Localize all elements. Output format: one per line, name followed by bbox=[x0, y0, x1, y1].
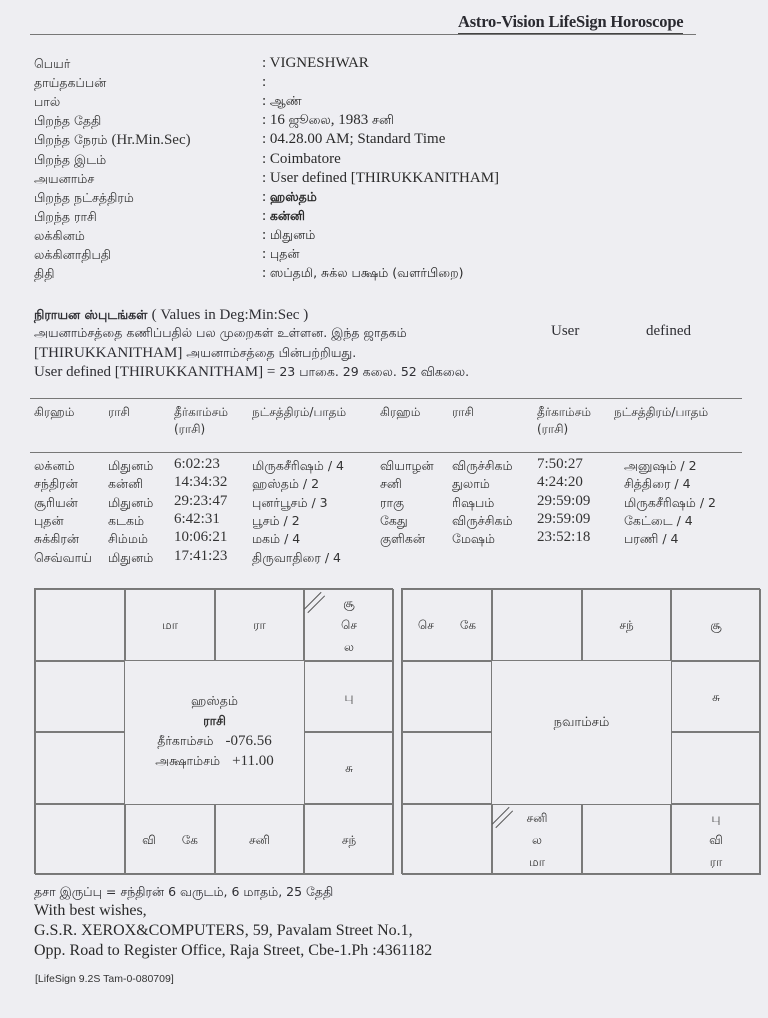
detail-value: : Coimbatore bbox=[262, 151, 341, 168]
table-header-rule bbox=[30, 452, 742, 453]
table-header-3: நட்சத்திரம்/பாதம் bbox=[252, 404, 346, 421]
detail-value: : 04.28.00 AM; Standard Time bbox=[262, 131, 445, 148]
planet-label: கே bbox=[182, 829, 198, 851]
table-cell-planet: வியாழன் bbox=[380, 458, 434, 475]
detail-row: அயனாம்ச: User defined [THIRUKKANITHAM] bbox=[34, 171, 634, 190]
longitude-line: தீர்காம்சம்-076.56 bbox=[157, 731, 272, 751]
detail-value-ta: சனி bbox=[372, 112, 394, 127]
detail-value-ta: ஹஸ்தம் bbox=[270, 189, 317, 204]
detail-row: லக்கினாதிபதி: புதன் bbox=[34, 247, 634, 266]
table-cell-rasi: கடகம் bbox=[108, 513, 144, 530]
house-rishabam: ரா bbox=[215, 589, 304, 661]
detail-value: : கன்னி bbox=[262, 208, 305, 225]
address-line2: Opp. Road to Register Office, Raja Stree… bbox=[34, 942, 432, 960]
planet-label: சு bbox=[345, 757, 353, 779]
table-cell-planet: சுக்கிரன் bbox=[34, 531, 79, 548]
planet-label: சூ bbox=[343, 592, 354, 614]
planet-label: சனி bbox=[249, 829, 270, 851]
planet-label: மா bbox=[162, 614, 178, 636]
table-cell-star: மகம் / 4 bbox=[252, 531, 300, 548]
table-cell-deg: 29:23:47 bbox=[174, 493, 227, 510]
house-viruchigam: விகே bbox=[125, 804, 215, 875]
detail-label: பிறந்த ராசி bbox=[34, 209, 97, 226]
house-mesham: மா bbox=[125, 589, 215, 661]
detail-row: பிறந்த ராசி: கன்னி bbox=[34, 209, 634, 228]
table-cell-planet: செவ்வாய் bbox=[34, 550, 92, 567]
detail-label: லக்கினம் bbox=[34, 228, 85, 245]
detail-label: பிறந்த நட்சத்திரம் bbox=[34, 190, 134, 207]
house-viruchigam: சனிலமா bbox=[492, 804, 582, 875]
nirayana-title-en: ( Values in Deg:Min:Sec ) bbox=[152, 307, 309, 323]
house-makaram bbox=[402, 732, 492, 804]
house-rishabam: சந் bbox=[582, 589, 671, 661]
table-cell-planet: சூரியன் bbox=[34, 495, 78, 512]
ayanamsa-note-defined: defined bbox=[646, 323, 691, 340]
detail-value: : புதன் bbox=[262, 246, 300, 263]
house-mithunam: சூசெல bbox=[304, 589, 394, 661]
house-meenam: செகே bbox=[402, 589, 492, 661]
planet-label: சந் bbox=[619, 614, 633, 636]
table-cell-deg: 29:59:09 bbox=[537, 511, 590, 528]
planet-label: மா bbox=[529, 851, 545, 873]
detail-label: பால் bbox=[34, 94, 60, 111]
planet-label: சூ bbox=[710, 614, 721, 636]
planet-label: செ bbox=[418, 614, 434, 636]
table-cell-star: கேட்டை / 4 bbox=[624, 513, 693, 530]
header-divider bbox=[30, 34, 696, 35]
planet-label: வி bbox=[709, 829, 723, 851]
planet-label: சனி bbox=[527, 807, 548, 829]
detail-value: : ஹஸ்தம் bbox=[262, 189, 317, 206]
table-cell-deg: 14:34:32 bbox=[174, 474, 227, 491]
table-header-0: கிரஹம் bbox=[380, 404, 420, 421]
lagna-marker-icon bbox=[304, 592, 325, 613]
longitude-label: தீர்காம்சம் bbox=[157, 733, 213, 748]
wishes-text: With best wishes, bbox=[34, 902, 147, 920]
detail-value: : மிதுனம் bbox=[262, 227, 315, 244]
table-header-2: தீர்காம்சம்(ராசி) bbox=[537, 404, 591, 438]
house-thulam: சனி bbox=[215, 804, 304, 875]
detail-label: பிறந்த தேதி bbox=[34, 113, 101, 130]
detail-row: பெயர்: VIGNESHWAR bbox=[34, 56, 634, 75]
detail-label: பிறந்த இடம் bbox=[34, 152, 106, 169]
table-cell-deg: 6:02:23 bbox=[174, 456, 220, 473]
table-cell-rasi: மேஷம் bbox=[452, 531, 495, 548]
table-cell-planet: கேது bbox=[380, 513, 408, 530]
detail-row: பால்: ஆண் bbox=[34, 94, 634, 113]
table-cell-star: ஹஸ்தம் / 2 bbox=[252, 476, 319, 493]
rasi-chart: மாராசூசெலபுசுவிகேசனிசந்ஹஸ்தம்ராசிதீர்காம… bbox=[34, 588, 393, 874]
detail-value: : VIGNESHWAR bbox=[262, 55, 369, 72]
table-cell-planet: லக்னம் bbox=[34, 458, 75, 475]
detail-label: பிறந்த நேரம் (Hr.Min.Sec) bbox=[34, 132, 191, 149]
detail-value: : ஆண் bbox=[262, 93, 302, 110]
table-cell-star: புனர்பூசம் / 3 bbox=[252, 495, 328, 512]
house-mithunam: சூ bbox=[671, 589, 761, 661]
nirayana-title-ta: நிராயன ஸ்புடங்கள் bbox=[34, 307, 147, 322]
table-cell-rasi: ரிஷபம் bbox=[452, 495, 494, 512]
detail-value-ta: ஜூலை bbox=[289, 112, 331, 127]
detail-row: தாய்தகப்பன்: bbox=[34, 75, 634, 94]
table-cell-star: அனுஷம் / 2 bbox=[624, 458, 697, 475]
planet-label: ரா bbox=[253, 614, 265, 636]
detail-value: : bbox=[262, 74, 266, 91]
ayanamsa-value: 23 பாகை. 29 கலை. 52 விகலை. bbox=[279, 364, 469, 379]
dasa-balance: தசா இருப்பு = சந்திரன் 6 வருடம், 6 மாதம்… bbox=[34, 884, 333, 901]
house-dhanusu bbox=[35, 804, 125, 875]
table-cell-star: பரணி / 4 bbox=[624, 531, 678, 548]
detail-label: பெயர் bbox=[34, 56, 70, 73]
table-header-3: நட்சத்திரம்/பாதம் bbox=[614, 404, 708, 421]
house-kanni: புவிரா bbox=[671, 804, 761, 875]
table-cell-planet: குளிகன் bbox=[380, 531, 425, 548]
detail-label: தாய்தகப்பன் bbox=[34, 75, 106, 92]
table-cell-rasi: கன்னி bbox=[108, 476, 143, 493]
table-cell-deg: 23:52:18 bbox=[537, 529, 590, 546]
table-cell-deg: 7:50:27 bbox=[537, 456, 583, 473]
latitude-line: அக்ஷாம்சம்+11.00 bbox=[155, 751, 274, 771]
detail-value-ta: மிதுனம் bbox=[270, 227, 315, 242]
detail-label-unit: (Hr.Min.Sec) bbox=[111, 132, 190, 148]
ayanamsa-follow-text: அயனாம்சத்தை பின்பற்றியது. bbox=[186, 345, 356, 360]
house-kadagam: சு bbox=[671, 661, 761, 732]
center-title: ராசி bbox=[203, 711, 226, 731]
center-star: ஹஸ்தம் bbox=[191, 691, 238, 711]
planet-label: பு bbox=[345, 686, 354, 708]
detail-row: லக்கினம்: மிதுனம் bbox=[34, 228, 634, 247]
detail-row: திதி: ஸப்தமி, சுக்ல பக்ஷம் (வளர்பிறை) bbox=[34, 266, 634, 285]
ayanamsa-note-line1: அயனாம்சத்தை கணிப்பதில் பல முறைகள் உள்ளன.… bbox=[34, 325, 407, 342]
table-cell-star: சித்திரை / 4 bbox=[624, 476, 691, 493]
detail-value-ta: ஆண் bbox=[270, 93, 302, 108]
lagna-marker-icon bbox=[492, 807, 513, 828]
latitude-value: +11.00 bbox=[232, 753, 274, 769]
table-cell-planet: புதன் bbox=[34, 513, 64, 530]
planet-label: கே bbox=[460, 614, 476, 636]
ayanamsa-note-user: User bbox=[551, 323, 579, 340]
planet-label: சந் bbox=[342, 829, 356, 851]
house-kumbam bbox=[35, 661, 125, 732]
table-cell-star: பூசம் / 2 bbox=[252, 513, 300, 530]
planet-label: ல bbox=[344, 636, 354, 658]
table-cell-deg: 6:42:31 bbox=[174, 511, 220, 528]
table-cell-planet: சந்திரன் bbox=[34, 476, 78, 493]
ayanamsa-note-line2: [THIRUKKANITHAM] அயனாம்சத்தை பின்பற்றியத… bbox=[34, 345, 356, 362]
table-cell-deg: 4:24:20 bbox=[537, 474, 583, 491]
detail-row: பிறந்த தேதி: 16 ஜூலை, 1983 சனி bbox=[34, 113, 634, 132]
table-header-2: தீர்காம்சம்(ராசி) bbox=[174, 404, 228, 438]
navamsa-chart: செகேசந்சூசுசனிலமாபுவிராநவாம்சம் bbox=[401, 588, 760, 874]
nirayana-title: நிராயன ஸ்புடங்கள் ( Values in Deg:Min:Se… bbox=[34, 307, 308, 324]
table-cell-rasi: மிதுனம் bbox=[108, 495, 153, 512]
table-cell-deg: 17:41:23 bbox=[174, 548, 227, 565]
planet-label: ல bbox=[532, 829, 542, 851]
planet-label: வி bbox=[142, 829, 156, 851]
chart-center: நவாம்சம் bbox=[492, 661, 671, 804]
detail-label: திதி bbox=[34, 266, 54, 283]
house-kanni: சந் bbox=[304, 804, 394, 875]
table-cell-deg: 29:59:09 bbox=[537, 493, 590, 510]
table-cell-rasi: விருச்சிகம் bbox=[452, 458, 513, 475]
planet-label: பு bbox=[712, 807, 721, 829]
detail-value: : User defined [THIRUKKANITHAM] bbox=[262, 170, 499, 187]
detail-row: பிறந்த நேரம் (Hr.Min.Sec): 04.28.00 AM; … bbox=[34, 132, 634, 151]
table-cell-rasi: மிதுனம் bbox=[108, 458, 153, 475]
planet-label: ரா bbox=[710, 851, 722, 873]
table-cell-star: திருவாதிரை / 4 bbox=[252, 550, 341, 567]
table-header-1: ராசி bbox=[452, 404, 474, 421]
table-cell-planet: ராகு bbox=[380, 495, 404, 512]
table-cell-star: மிருகசீரிஷம் / 2 bbox=[624, 495, 716, 512]
table-cell-rasi: மிதுனம் bbox=[108, 550, 153, 567]
house-kadagam: பு bbox=[304, 661, 394, 732]
detail-value: : ஸப்தமி, சுக்ல பக்ஷம் (வளர்பிறை) bbox=[262, 265, 464, 282]
table-header-1: ராசி bbox=[108, 404, 130, 421]
house-mesham bbox=[492, 589, 582, 661]
table-top-rule bbox=[30, 398, 742, 399]
table-header-0: கிரஹம் bbox=[34, 404, 74, 421]
detail-value-ta: புதன் bbox=[270, 246, 300, 261]
house-thulam bbox=[582, 804, 671, 875]
ayanamsa-value-line: User defined [THIRUKKANITHAM] = 23 பாகை.… bbox=[34, 364, 469, 381]
ayanamsa-value-label: User defined [THIRUKKANITHAM] = bbox=[34, 364, 275, 380]
table-cell-rasi: விருச்சிகம் bbox=[452, 513, 513, 530]
house-simmam bbox=[671, 732, 761, 804]
table-cell-rasi: துலாம் bbox=[452, 476, 490, 493]
house-makaram bbox=[35, 732, 125, 804]
detail-value-ta: ஸப்தமி, சுக்ல பக்ஷம் (வளர்பிறை) bbox=[270, 265, 464, 280]
house-planets: விகே bbox=[142, 829, 198, 851]
planet-label: செ bbox=[341, 614, 357, 636]
house-meenam bbox=[35, 589, 125, 661]
house-dhanusu bbox=[402, 804, 492, 875]
ayanamsa-name: [THIRUKKANITHAM] bbox=[34, 345, 182, 361]
house-planets: செகே bbox=[418, 614, 476, 636]
software-version: [LifeSign 9.2S Tam-0-080709] bbox=[35, 973, 174, 985]
chart-center: ஹஸ்தம்ராசிதீர்காம்சம்-076.56அக்ஷாம்சம்+1… bbox=[125, 661, 304, 804]
house-simmam: சு bbox=[304, 732, 394, 804]
detail-value-ta: கன்னி bbox=[270, 208, 305, 223]
center-title: நவாம்சம் bbox=[554, 713, 610, 733]
document-title: Astro-Vision LifeSign Horoscope bbox=[458, 12, 683, 34]
table-cell-rasi: சிம்மம் bbox=[108, 531, 148, 548]
detail-label: லக்கினாதிபதி bbox=[34, 247, 111, 264]
detail-label: அயனாம்ச bbox=[34, 171, 94, 188]
detail-row: பிறந்த நட்சத்திரம்: ஹஸ்தம் bbox=[34, 190, 634, 209]
detail-value: : 16 ஜூலை, 1983 சனி bbox=[262, 112, 394, 129]
house-kumbam bbox=[402, 661, 492, 732]
planet-label: சு bbox=[712, 686, 720, 708]
table-cell-deg: 10:06:21 bbox=[174, 529, 227, 546]
address-line1: G.S.R. XEROX&COMPUTERS, 59, Pavalam Stre… bbox=[34, 922, 413, 940]
longitude-value: -076.56 bbox=[226, 733, 272, 749]
table-cell-planet: சனி bbox=[380, 476, 402, 493]
latitude-label: அக்ஷாம்சம் bbox=[155, 753, 220, 768]
detail-row: பிறந்த இடம்: Coimbatore bbox=[34, 152, 634, 171]
table-cell-star: மிருகசீரிஷம் / 4 bbox=[252, 458, 344, 475]
